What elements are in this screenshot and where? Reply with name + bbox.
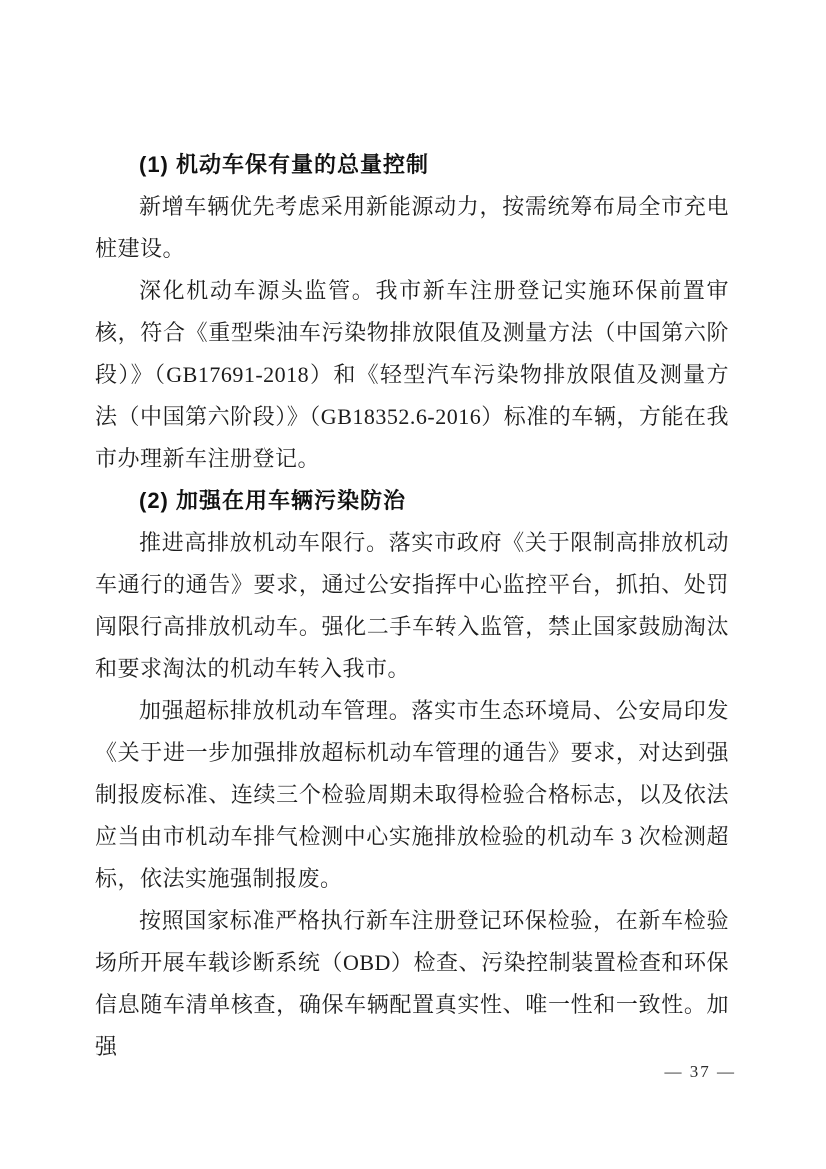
paragraph-source-supervision: 深化机动车源头监管。我市新车注册登记实施环保前置审核，符合《重型柴油车污染物排放… <box>95 270 729 480</box>
paragraph-registration-inspection: 按照国家标准严格执行新车注册登记环保检验，在新车检验场所开展车载诊断系统（OBD… <box>95 900 729 1068</box>
page-number: — 37 — <box>665 1060 737 1084</box>
paragraph-excess-emission-management: 加强超标排放机动车管理。落实市生态环境局、公安局印发《关于进一步加强排放超标机动… <box>95 690 729 900</box>
content-area: (1) 机动车保有量的总量控制 新增车辆优先考虑采用新能源动力，按需统筹布局全市… <box>95 144 729 1068</box>
paragraph-high-emission-restriction: 推进高排放机动车限行。落实市政府《关于限制高排放机动车通行的通告》要求，通过公安… <box>95 522 729 690</box>
paragraph-new-energy-vehicles: 新增车辆优先考虑采用新能源动力，按需统筹布局全市充电桩建设。 <box>95 186 729 270</box>
document-page: (1) 机动车保有量的总量控制 新增车辆优先考虑采用新能源动力，按需统筹布局全市… <box>0 0 826 1169</box>
section-heading-2: (2) 加强在用车辆污染防治 <box>95 480 729 522</box>
section-heading-1: (1) 机动车保有量的总量控制 <box>95 144 729 186</box>
